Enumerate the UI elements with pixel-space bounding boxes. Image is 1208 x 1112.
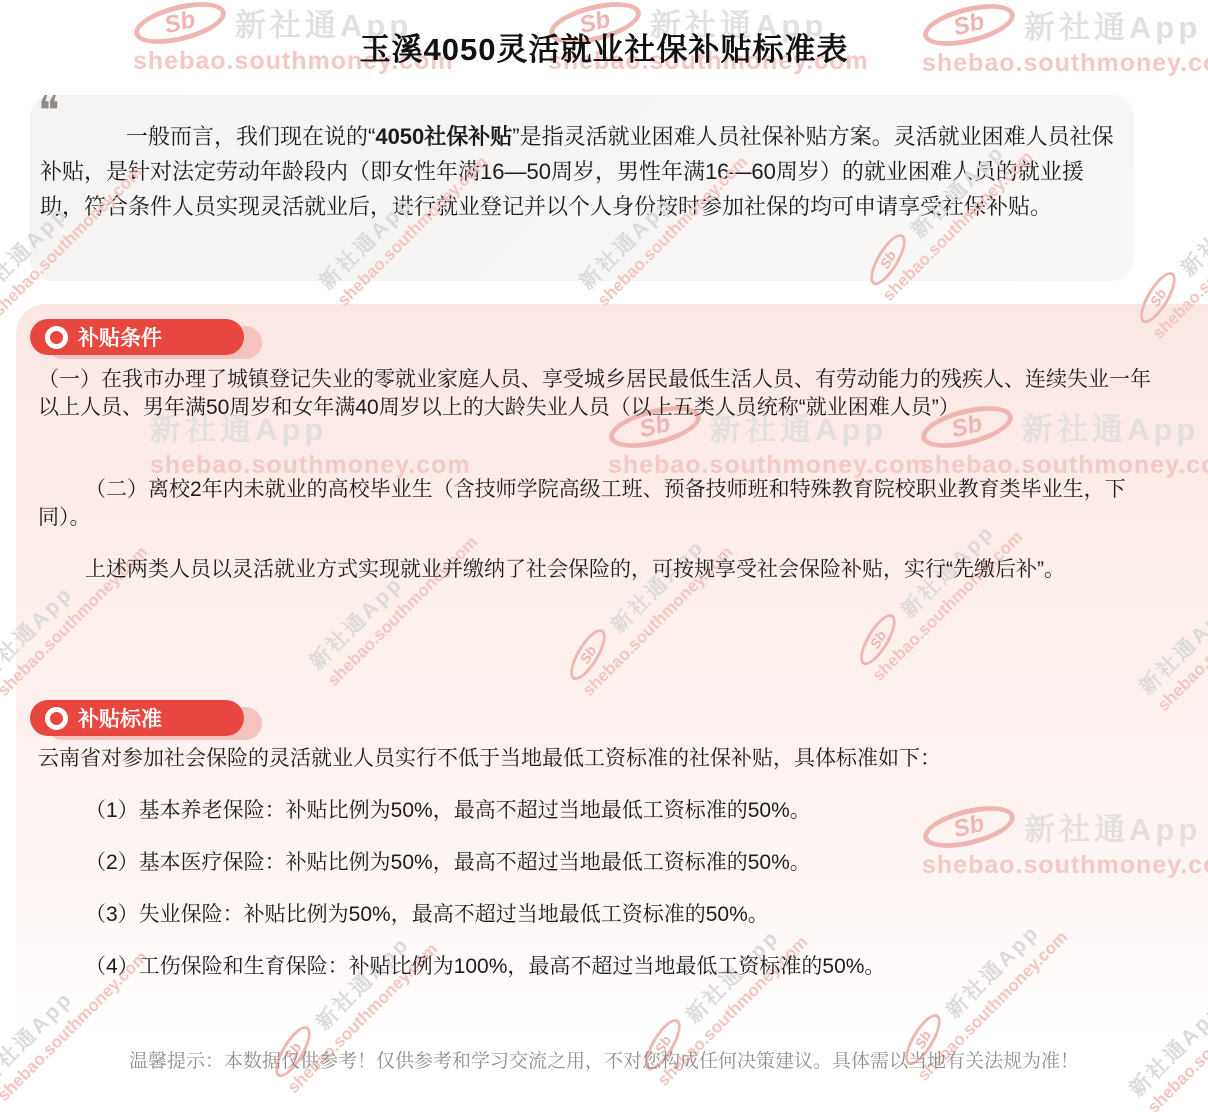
- intro-text-before: 一般而言，我们现在说的“: [126, 124, 375, 149]
- intro-bold-term: 4050社保补贴: [375, 124, 512, 149]
- article-page: Sb新社通Appshebao.southmoney.comSb新社通Appshe…: [0, 0, 1208, 1112]
- intro-paragraph: 一般而言，我们现在说的“4050社保补贴”是指灵活就业困难人员社保补贴方案。灵活…: [40, 119, 1124, 224]
- badge-pill: 补贴条件: [30, 319, 244, 355]
- standard-item-1: （1）基本养老保险：补贴比例为50%，最高不超过当地最低工资标准的50%。: [38, 797, 1168, 825]
- badge-label: 补贴条件: [78, 322, 162, 352]
- standard-item-3: （3）失业保险：补贴比例为50%，最高不超过当地最低工资标准的50%。: [38, 901, 1168, 929]
- badge-label: 补贴标准: [78, 703, 162, 733]
- standards-intro: 云南省对参加社会保险的灵活就业人员实行不低于当地最低工资标准的社保补贴，具体标准…: [38, 745, 1168, 773]
- section-badge-standards: 补贴标准: [30, 700, 270, 744]
- intro-quote-box: ❝ 一般而言，我们现在说的“4050社保补贴”是指灵活就业困难人员社保补贴方案。…: [30, 95, 1134, 281]
- section-badge-conditions: 补贴条件: [30, 319, 270, 363]
- watermark-brand-text: 新社通App: [1173, 175, 1208, 282]
- condition-item-2: （二）离校2年内未就业的高校毕业生（含技师学院高级工班、预备技师班和特殊教育院校…: [38, 476, 1168, 532]
- page-title: 玉溪4050灵活就业社保补贴标准表: [0, 24, 1208, 69]
- ring-bullet-icon: [45, 707, 68, 730]
- condition-note: 上述两类人员以灵活就业方式实现就业并缴纳了社会保险的，可按规享受社会保险补贴，实…: [38, 556, 1168, 584]
- standard-item-4: （4）工伤保险和生育保险：补贴比例为100%，最高不超过当地最低工资标准的50%…: [38, 953, 1168, 981]
- standard-item-2: （2）基本医疗保险：补贴比例为50%，最高不超过当地最低工资标准的50%。: [38, 849, 1168, 877]
- ring-bullet-icon: [45, 326, 68, 349]
- badge-pill: 补贴标准: [30, 700, 244, 736]
- condition-item-1: （一）在我市办理了城镇登记失业的零就业家庭人员、享受城乡居民最低生活人员、有劳动…: [38, 366, 1168, 422]
- footer-disclaimer: 温馨提示：本数据仅供参考！仅供参考和学习交流之用，不对您构成任何决策建议。具体需…: [0, 1046, 1208, 1073]
